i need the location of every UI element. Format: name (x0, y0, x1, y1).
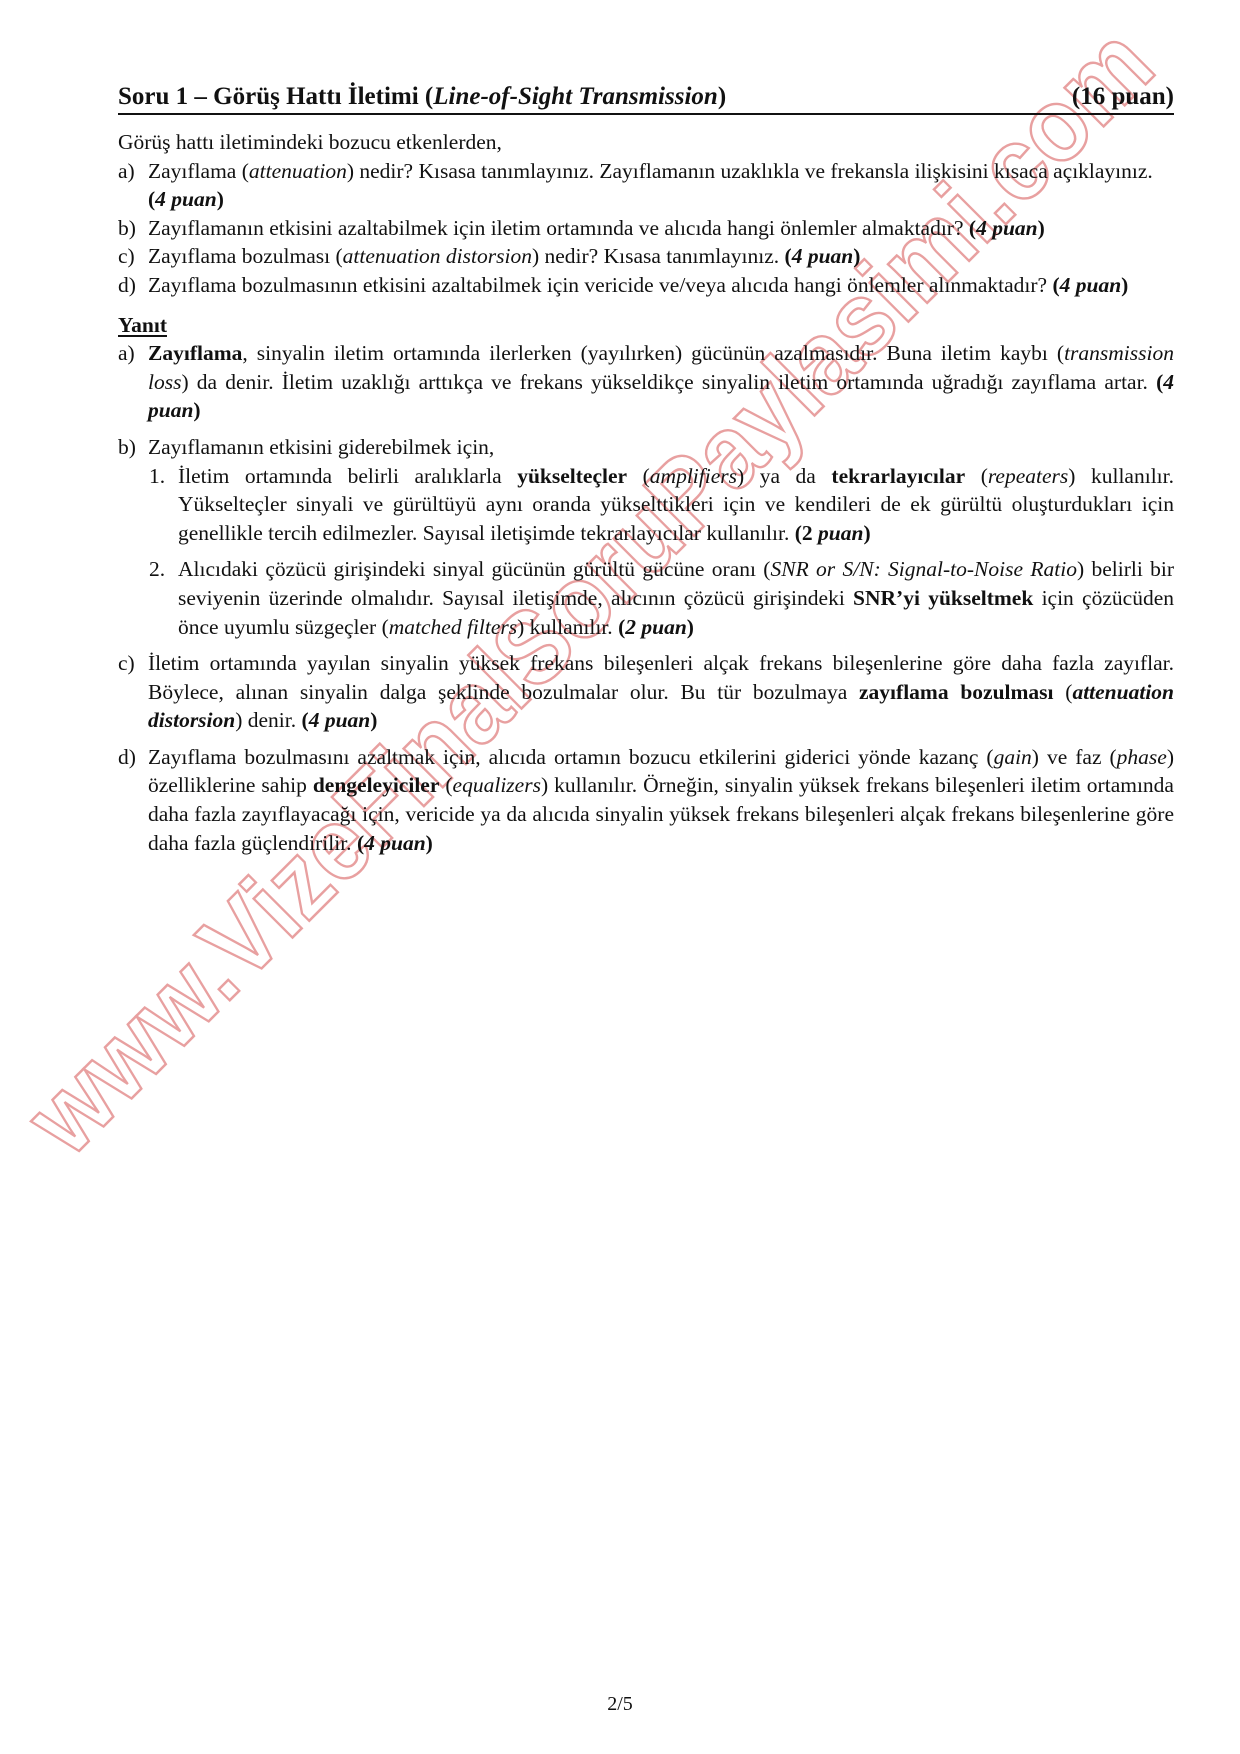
page-number: 2/5 (0, 1693, 1240, 1716)
item-label: b) (118, 214, 136, 243)
answer-d: d) Zayıflama bozulmasını azaltmak için, … (118, 743, 1174, 857)
question-item-b: b)Zayıflamanın etkisini azaltabilmek içi… (118, 214, 1174, 243)
question-item-a: a)Zayıflama (attenuation) nedir? Kısasa … (118, 157, 1174, 214)
question-item-text: Zayıflama (attenuation) nedir? Kısasa ta… (148, 159, 1153, 212)
answer-c: c) İletim ortamında yayılan sinyalin yük… (118, 649, 1174, 735)
question-item-d: d)Zayıflama bozulmasının etkisini azalta… (118, 271, 1174, 300)
subitem-label: 1. (149, 462, 165, 491)
question-intro: Görüş hattı iletimindeki bozucu etkenler… (118, 128, 1174, 157)
answer-b-sub-2-text: Alıcıdaki çözücü girişindeki sinyal gücü… (178, 557, 1174, 638)
question-item-text: Zayıflama bozulmasının etkisini azaltabi… (148, 273, 1128, 297)
answer-b-intro: Zayıflamanın etkisini giderebilmek için, (148, 435, 494, 459)
question-title: Soru 1 – Görüş Hattı İletimi (Line-of-Si… (118, 82, 1174, 115)
answer-c-text: İletim ortamında yayılan sinyalin yüksek… (148, 651, 1174, 732)
answer-a: a) Zayıflama, sinyalin iletim ortamında … (118, 339, 1174, 425)
answer-b: b) Zayıflamanın etkisini giderebilmek iç… (118, 433, 1174, 462)
document-page: www.VizeFinalSoruPaylasimi.com Soru 1 – … (0, 0, 1240, 1754)
question-item-text: Zayıflamanın etkisini azaltabilmek için … (148, 216, 1045, 240)
item-label: a) (118, 339, 135, 368)
answer-b-sub-1: 1. İletim ortamında belirli aralıklarla … (118, 462, 1174, 548)
item-label: c) (118, 649, 135, 678)
page-content: Soru 1 – Görüş Hattı İletimi (Line-of-Si… (118, 82, 1174, 857)
answer-b-sub-1-text: İletim ortamında belirli aralıklarla yük… (178, 464, 1174, 545)
answer-b-sub-2: 2. Alıcıdaki çözücü girişindeki sinyal g… (118, 555, 1174, 641)
item-label: a) (118, 157, 135, 186)
item-label: d) (118, 271, 136, 300)
answer-d-text: Zayıflama bozulmasını azaltmak için, alı… (148, 745, 1174, 855)
item-label: c) (118, 242, 135, 271)
question-list: a)Zayıflama (attenuation) nedir? Kısasa … (118, 157, 1174, 300)
question-heading: Soru 1 – Görüş Hattı İletimi (Line-of-Si… (118, 82, 726, 112)
item-label: b) (118, 433, 136, 462)
answer-heading: Yanıt (118, 311, 1174, 340)
question-points: (16 puan) (1072, 82, 1174, 112)
item-label: d) (118, 743, 136, 772)
answer-a-text: Zayıflama, sinyalin iletim ortamında ile… (148, 341, 1174, 422)
question-item-text: Zayıflama bozulması (attenuation distors… (148, 244, 860, 268)
question-item-c: c)Zayıflama bozulması (attenuation disto… (118, 242, 1174, 271)
subitem-label: 2. (149, 555, 165, 584)
